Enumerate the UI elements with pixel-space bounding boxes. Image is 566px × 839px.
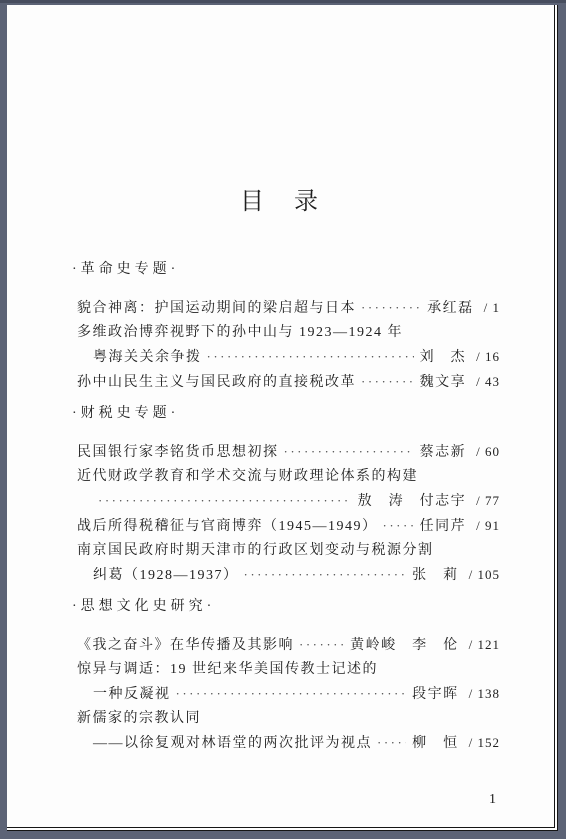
- toc-entry: 《我之奋斗》在华传播及其影响··························…: [77, 633, 500, 658]
- viewer-background: { "colors": { "canvas_background": "#5c6…: [0, 0, 566, 839]
- toc-entry: 近代财政学教育和学术交流与财政理论体系的构建: [77, 465, 500, 489]
- entry-title: 多维政治博弈视野下的孙中山与 1923—1924 年: [77, 321, 403, 345]
- entry-title: 近代财政学教育和学术交流与财政理论体系的构建: [77, 465, 418, 489]
- entry-title: ——以徐复观对林语堂的两次批评为视点: [93, 732, 372, 756]
- section-header: ·革命史专题·: [72, 261, 500, 279]
- entry-title: 一种反凝视: [93, 683, 171, 707]
- entry-title: 粤海关关余争拨: [93, 346, 202, 370]
- toc-entry: ——以徐复观对林语堂的两次批评为视点······················…: [77, 731, 500, 756]
- canvas-top-edge: [0, 0, 566, 3]
- entry-title: 貌合神离：护国运动期间的梁启超与日本: [77, 297, 356, 321]
- entry-page: / 60: [476, 440, 500, 464]
- entry-author: 黄岭峻 李 伦: [350, 634, 459, 658]
- entry-page: / 121: [469, 633, 500, 657]
- dot-leader: ········································…: [284, 440, 414, 464]
- toc-section: ·思想文化史研究·《我之奋斗》在华传播及其影响·················…: [77, 598, 500, 756]
- entry-page: / 77: [476, 489, 500, 513]
- dot-leader: ········································…: [98, 489, 352, 513]
- entry-author: 魏文享: [420, 371, 467, 395]
- entry-title: 南京国民政府时期天津市的行政区划变动与税源分割: [77, 539, 434, 563]
- dot-leader: ········································…: [176, 682, 407, 706]
- toc-entry: 新儒家的宗教认同: [77, 707, 500, 731]
- toc: ·革命史专题·貌合神离：护国运动期间的梁启超与日本···············…: [77, 261, 500, 766]
- toc-entry: 粤海关关余争拨·································…: [77, 345, 500, 370]
- entry-author: 敖 涛 付志宇: [358, 490, 467, 514]
- entry-page: / 105: [469, 563, 500, 587]
- entry-page: / 91: [476, 514, 500, 538]
- toc-entry: 一种反凝视···································…: [77, 682, 500, 707]
- entry-page: / 43: [476, 370, 500, 394]
- entry-title: 战后所得税稽征与官商博弈（1945—1949）: [77, 515, 378, 539]
- entry-page: / 138: [469, 682, 500, 706]
- toc-entry: ········································…: [77, 489, 500, 514]
- entry-author: 段宇晖: [412, 683, 459, 707]
- entry-title: 新儒家的宗教认同: [77, 707, 201, 731]
- scanned-page: 目 录 ·革命史专题·貌合神离：护国运动期间的梁启超与日本···········…: [7, 5, 558, 831]
- entry-page: / 1: [484, 296, 500, 320]
- toc-entry: 貌合神离：护国运动期间的梁启超与日本······················…: [77, 296, 500, 321]
- dot-leader: ········································…: [244, 563, 407, 587]
- toc-entry: 纠葛（1928—1937）···························…: [77, 563, 500, 588]
- page-title: 目 录: [7, 181, 554, 216]
- entry-author: 任同芹: [420, 515, 467, 539]
- entry-title: 纠葛（1928—1937）: [93, 564, 239, 588]
- entry-page: / 152: [469, 731, 500, 755]
- entry-title: 孙中山民生主义与国民政府的直接税改革: [77, 371, 356, 395]
- entry-page: / 16: [476, 345, 500, 369]
- dot-leader: ········································…: [361, 296, 421, 320]
- toc-entry: 孙中山民生主义与国民政府的直接税改革······················…: [77, 370, 500, 395]
- entry-author: 张 莉: [412, 564, 459, 588]
- toc-entry: 南京国民政府时期天津市的行政区划变动与税源分割: [77, 539, 500, 563]
- entry-title: 《我之奋斗》在华传播及其影响: [77, 634, 294, 658]
- entry-title: 惊异与调适：19 世纪来华美国传教士记述的: [77, 658, 378, 682]
- entry-author: 蔡志新: [420, 441, 467, 465]
- entry-title: 民国银行家李铭货币思想初探: [77, 441, 279, 465]
- section-header: ·财税史专题·: [72, 405, 500, 423]
- toc-section: ·革命史专题·貌合神离：护国运动期间的梁启超与日本···············…: [77, 261, 500, 395]
- page-number: 1: [489, 792, 496, 808]
- entry-author: 承红磊: [427, 297, 474, 321]
- toc-entry: 战后所得税稽征与官商博弈（1945—1949）·················…: [77, 514, 500, 539]
- toc-entry: 惊异与调适：19 世纪来华美国传教士记述的: [77, 658, 500, 682]
- dot-leader: ········································…: [299, 633, 344, 657]
- toc-entry: 多维政治博弈视野下的孙中山与 1923—1924 年: [77, 321, 500, 345]
- dot-leader: ········································…: [207, 345, 414, 369]
- entry-author: 刘 杰: [420, 346, 467, 370]
- section-header: ·思想文化史研究·: [72, 598, 500, 616]
- toc-entry: 民国银行家李铭货币思想初探···························…: [77, 440, 500, 465]
- dot-leader: ········································…: [361, 370, 414, 394]
- toc-section: ·财税史专题·民国银行家李铭货币思想初探····················…: [77, 405, 500, 588]
- entry-author: 柳 恒: [412, 732, 459, 756]
- dot-leader: ········································…: [377, 731, 406, 755]
- dot-leader: ········································…: [383, 514, 414, 538]
